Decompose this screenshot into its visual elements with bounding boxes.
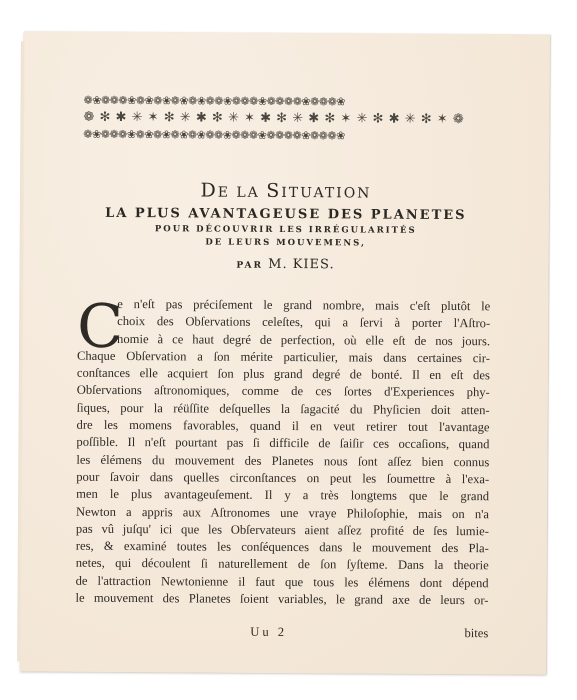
star-icon: ✶ xyxy=(437,111,448,128)
star-icon: ✶ xyxy=(148,109,159,126)
ornament-flowers: ❁❀❁❁❁❀❁❀❁❀❁❀❁❀❁❁❀❁❁❁❀❁❁❁❁❀❁❁❁❀ xyxy=(83,92,345,111)
body-line: poſſible. Il n'eſt pourtant pas ſi diffi… xyxy=(76,434,489,454)
title-line-4: DE LEURS MOUVEMENS, xyxy=(63,236,509,252)
star-icon: ✶ xyxy=(244,110,255,127)
page-edge xyxy=(17,41,25,661)
ornament-flowers: ❁❀❁❁❁❀❁❀❁❀❁❀❁❀❁❁❀❁❁❁❀❁❁❁❁❀❁❁❁❀ xyxy=(83,126,345,145)
author-name: M. KIES. xyxy=(268,257,335,272)
page-footer: Uu 2 bites xyxy=(75,624,488,627)
article-title-block: DE LA SITUATION LA PLUS AVANTAGEUSE DES … xyxy=(62,178,509,277)
signature-mark: Uu 2 xyxy=(250,625,287,640)
title-main: DE LA SITUATION xyxy=(63,178,509,207)
star-icon: ✱ xyxy=(260,110,271,127)
star-icon: ✳ xyxy=(405,111,416,128)
title-initial: S xyxy=(266,180,281,202)
body-line: men le plus avantageuſement. Il y a très… xyxy=(76,486,489,506)
title-line-2: LA PLUS AVANTAGEUSE DES PLANETES xyxy=(63,204,509,226)
catchword: bites xyxy=(464,626,488,641)
ornament-flower-icon: ❁ xyxy=(83,109,94,126)
ornament-flower-icon: ❁ xyxy=(453,111,464,128)
star-icon: ✻ xyxy=(212,110,223,127)
book-page: ❁❀❁❁❁❀❁❀❁❀❁❀❁❀❁❁❀❁❁❁❀❁❁❁❁❀❁❁❁❀ ❁ ✻ ✱ ✳ ✶… xyxy=(20,31,550,674)
star-icon: ✻ xyxy=(421,111,432,128)
star-icon: ✳ xyxy=(180,109,191,126)
star-icon: ✱ xyxy=(308,110,319,127)
title-smallcaps: ITUATION xyxy=(281,185,371,202)
title-initial: D xyxy=(200,179,217,201)
author-prefix: PAR xyxy=(236,261,263,271)
star-icon: ✳ xyxy=(292,110,303,127)
ornament-bottom-row: ❁❀❁❁❁❀❁❀❁❀❁❀❁❀❁❁❀❁❁❁❀❁❁❁❁❀❁❁❁❀ xyxy=(83,126,463,145)
title-smallcaps: E LA xyxy=(218,185,267,201)
star-icon: ✻ xyxy=(99,109,110,126)
star-icon: ✻ xyxy=(324,110,335,127)
star-icon: ✻ xyxy=(276,110,287,127)
star-icon: ✱ xyxy=(116,109,127,126)
body-line: netes, qui découlent ſi naturellement de… xyxy=(76,555,489,575)
star-icon: ✻ xyxy=(164,109,175,126)
star-icon: ✳ xyxy=(228,110,239,127)
body-line: le mouvement des Planetes ſoient variabl… xyxy=(75,590,488,610)
author-line: PAR M. KIES. xyxy=(62,255,508,277)
body-line: choix des Obſervations celeſtes, qui a ſ… xyxy=(77,313,490,333)
star-icon: ✻ xyxy=(373,111,384,128)
star-icon: ✳ xyxy=(356,110,367,127)
star-icon: ✱ xyxy=(196,109,207,126)
article-body: e n'eſt pas préciſement le grand nombre,… xyxy=(75,296,490,610)
printers-ornament-headpiece: ❁❀❁❁❁❀❁❀❁❀❁❀❁❀❁❁❀❁❁❁❀❁❁❁❁❀❁❁❁❀ ❁ ✻ ✱ ✳ ✶… xyxy=(83,92,463,146)
body-line: Obſervations aſtronomiques, comme de ces… xyxy=(77,382,490,402)
star-icon: ✱ xyxy=(389,111,400,128)
star-icon: ✶ xyxy=(340,110,351,127)
star-icon: ✳ xyxy=(132,109,143,126)
